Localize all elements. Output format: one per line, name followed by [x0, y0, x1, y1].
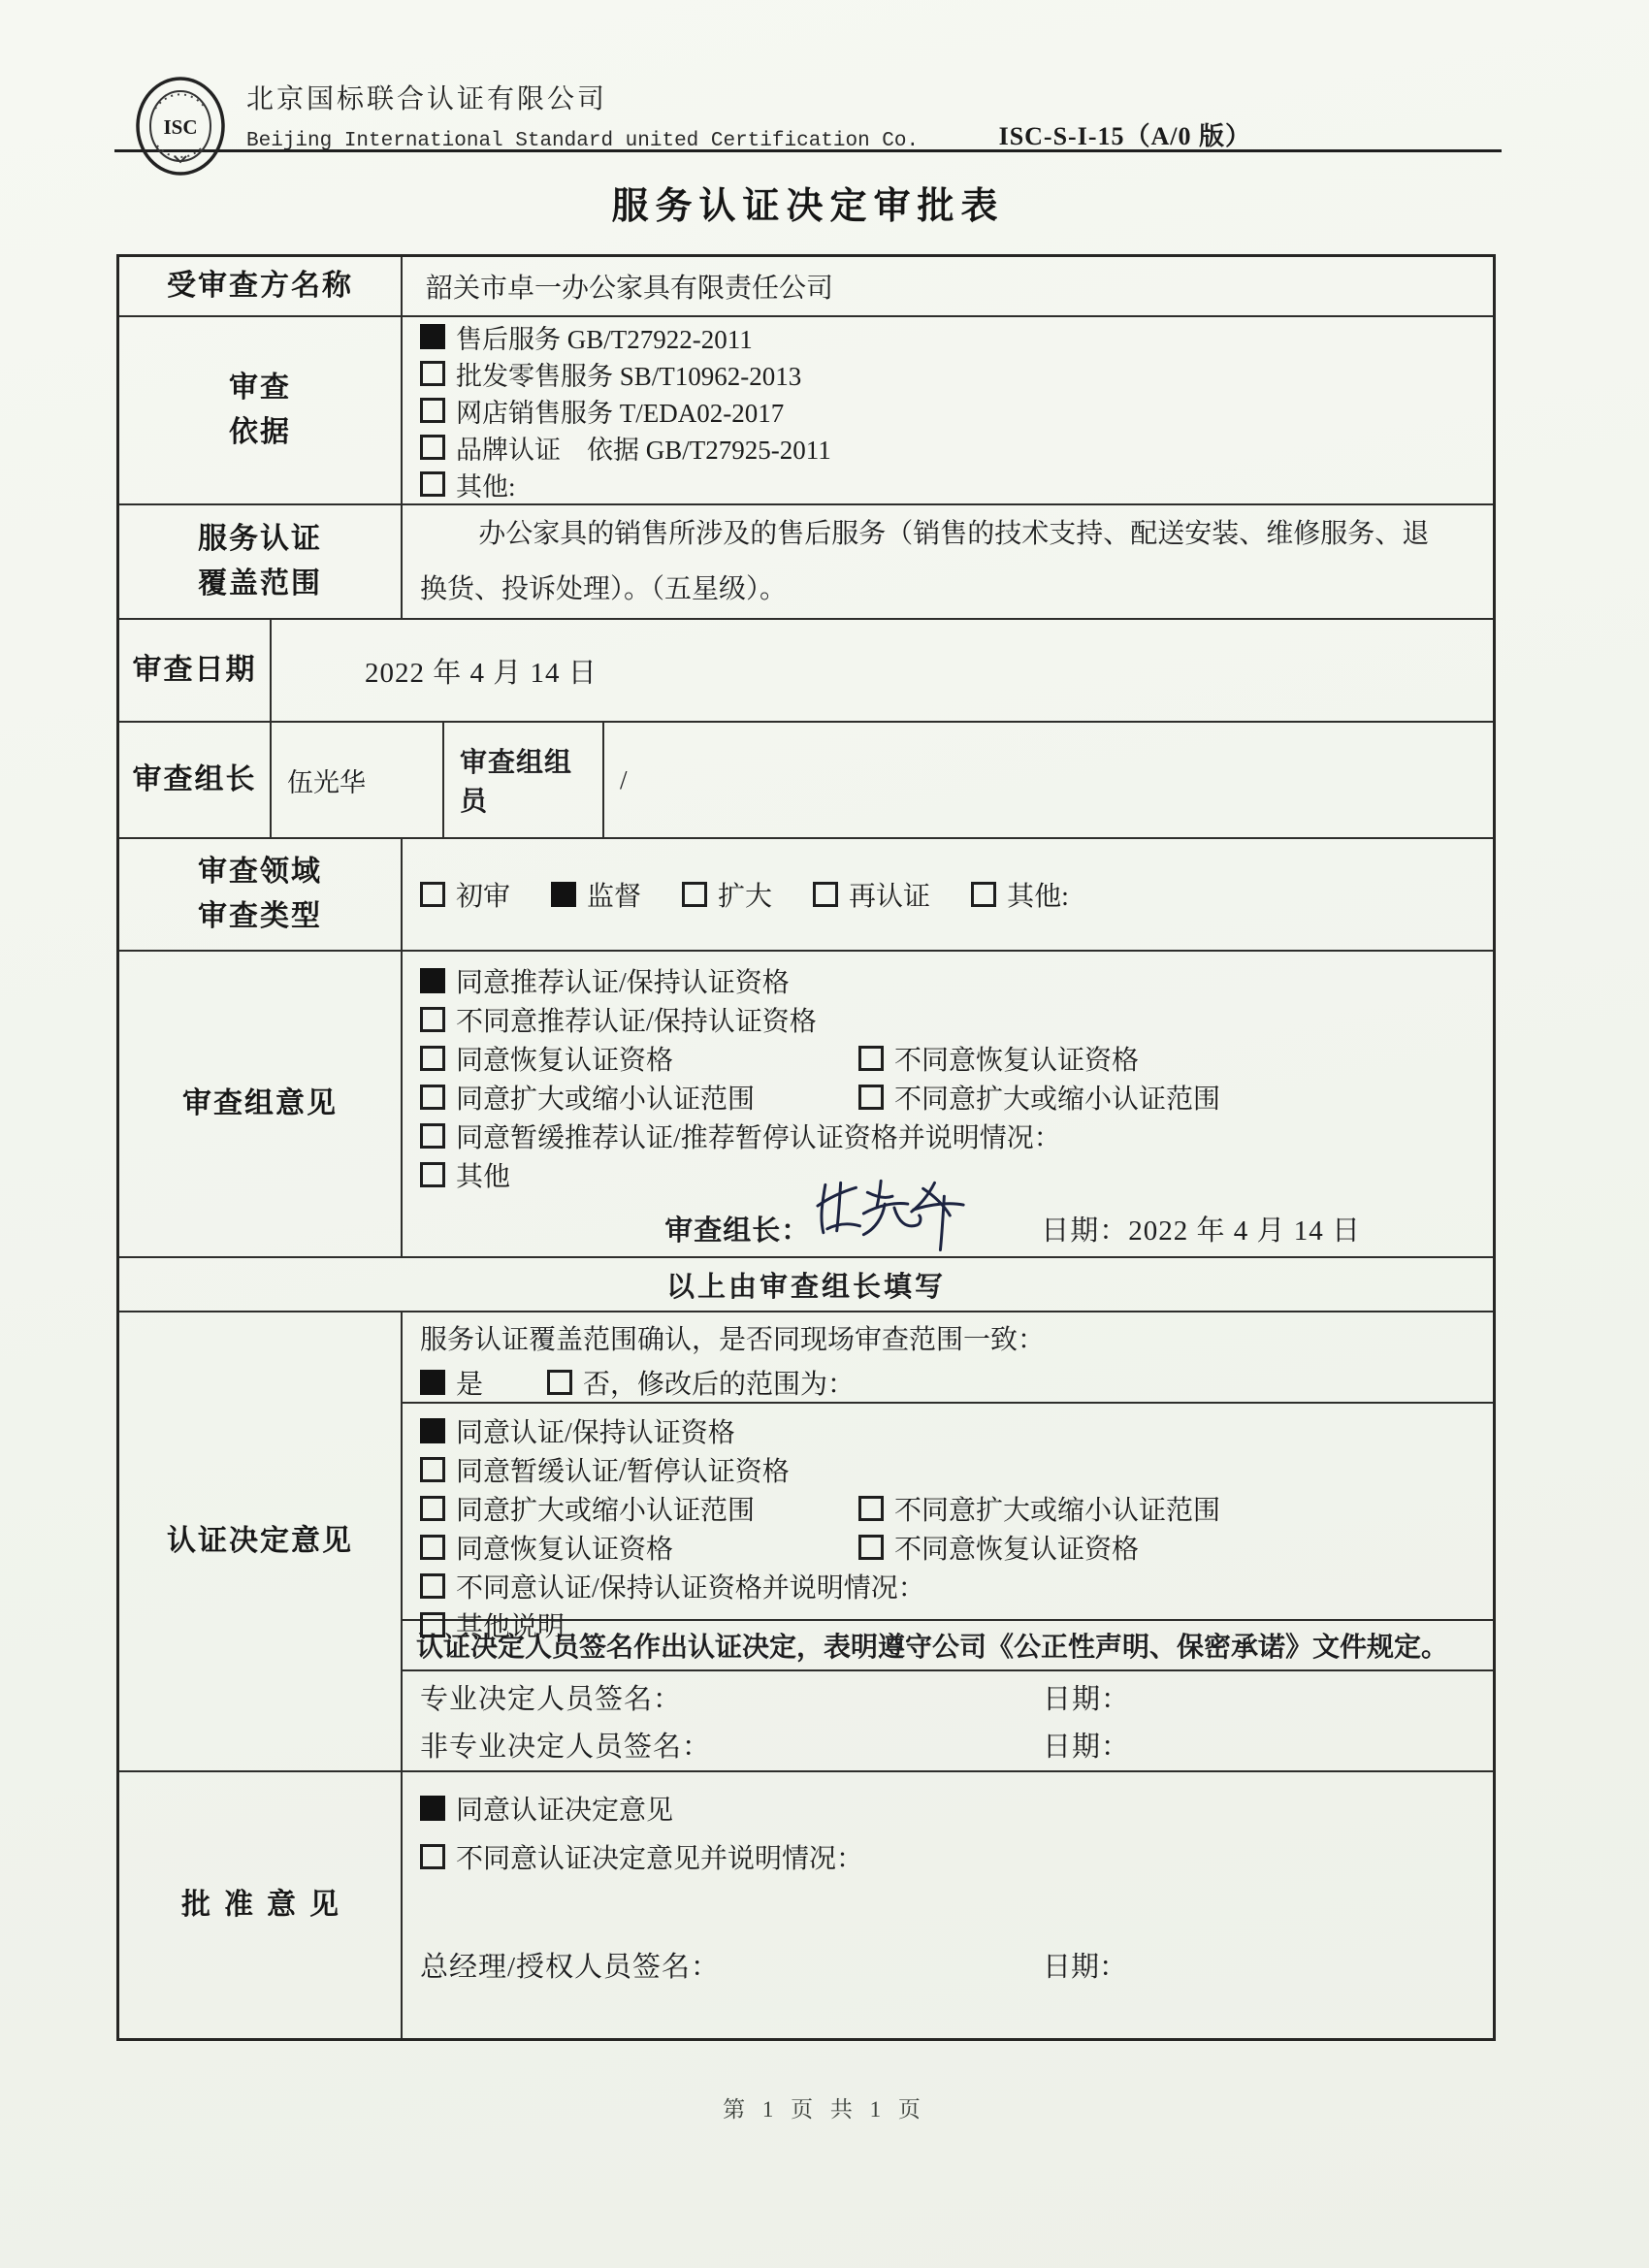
company-name-en: Beijing International Standard united Ce…: [246, 130, 919, 152]
company-name-block: 北京国标联合认证有限公司 Beijing International Stand…: [246, 74, 919, 152]
option-label: 初审: [456, 875, 510, 914]
decision-options: 同意认证/保持认证资格 同意暂缓认证/暂停认证资格 同意扩大或缩小认证范围 不同…: [403, 1404, 1493, 1621]
document-header: ISC 北京国标联合认证有限公司 Beijing International S…: [0, 0, 1649, 147]
nonprofessional-sign-date-label: 日期：: [1043, 1725, 1130, 1765]
option-label: 批发零售服务 SB/T10962-2013: [456, 355, 801, 393]
checkbox-dec-agree-scope-change[interactable]: [420, 1496, 445, 1521]
option-label: 否，修改后的范围为：: [583, 1363, 855, 1402]
option-label: 同意恢复认证资格: [456, 1039, 673, 1078]
team-leader-sign-line: 审查组长：: [420, 1196, 1475, 1260]
row-cert-scope: 服务认证覆盖范围 办公家具的销售所涉及的售后服务（销售的技术支持、配送安装、维修…: [119, 505, 1493, 620]
option-label: 不同意恢复认证资格: [894, 1039, 1139, 1078]
option-label: 扩大: [718, 875, 772, 914]
gm-sign-date-label: 日期：: [1043, 1945, 1127, 1985]
checkbox-agree-restore[interactable]: [420, 1046, 445, 1071]
middle-note-text: 以上由审查组长填写: [119, 1258, 1493, 1311]
checkbox-agree-cert[interactable]: [420, 1418, 445, 1443]
checkbox-type-other[interactable]: [971, 882, 996, 907]
auditee-value: 韶关市卓一办公家具有限责任公司: [420, 267, 1475, 306]
option-label: 监督: [587, 875, 641, 914]
checkbox-dec-agree-restore[interactable]: [420, 1535, 445, 1560]
team-leader-name: 伍光华: [272, 723, 444, 837]
leader-signature: [812, 1171, 975, 1260]
option-label: 同意恢复认证资格: [456, 1528, 673, 1567]
checkbox-online-store[interactable]: [420, 398, 445, 423]
approval-form-table: 受审查方名称 韶关市卓一办公家具有限责任公司 审查依据 售后服务 GB/T279…: [116, 254, 1496, 2041]
checkbox-expansion[interactable]: [682, 882, 707, 907]
option-label: 不同意扩大或缩小认证范围: [894, 1078, 1220, 1117]
option-label: 品牌认证 依据 GB/T27925-2011: [456, 429, 831, 467]
option-label: 同意暂缓推荐认证/推荐暂停认证资格并说明情况：: [456, 1117, 1061, 1155]
row-review-type: 审查领域 审查类型 初审 监督 扩大 再认证 其他:: [119, 839, 1493, 952]
checkbox-suspend-cert[interactable]: [420, 1457, 445, 1482]
sign-date: 日期：2022 年 4 月 14 日: [1041, 1209, 1361, 1248]
option-label: 售后服务 GB/T27922-2011: [456, 318, 753, 356]
checkbox-disagree-restore[interactable]: [858, 1046, 884, 1071]
option-label: 不同意推荐认证/保持认证资格: [456, 1000, 817, 1039]
row-audit-date: 审查日期 2022 年 4 月 14 日: [119, 620, 1493, 723]
decision-label: 认证决定意见: [119, 1312, 403, 1770]
option-label: 同意推荐认证/保持认证资格: [456, 961, 790, 1000]
checkbox-after-sales[interactable]: [420, 324, 445, 349]
checkbox-dec-disagree-cert[interactable]: [420, 1573, 445, 1599]
professional-sign-date-label: 日期：: [1043, 1677, 1130, 1717]
checkbox-agree-scope-change[interactable]: [420, 1085, 445, 1110]
audit-date-label: 审查日期: [119, 620, 272, 721]
scope-label: 服务认证覆盖范围: [119, 505, 403, 618]
review-type-label: 审查领域 审查类型: [119, 839, 403, 950]
scope-value: 办公家具的销售所涉及的售后服务（销售的技术支持、配送安装、维修服务、退换货、投诉…: [420, 506, 1475, 617]
row-decision-opinion: 认证决定意见 服务认证覆盖范围确认，是否同现场审查范围一致： 是 否，修改后的范…: [119, 1312, 1493, 1772]
option-label: 同意扩大或缩小认证范围: [456, 1489, 755, 1528]
option-label: 不同意恢复认证资格: [894, 1528, 1139, 1567]
checkbox-basis-other[interactable]: [420, 471, 445, 497]
row-team-opinion: 审查组意见 同意推荐认证/保持认证资格 不同意推荐认证/保持认证资格 同意恢复认…: [119, 952, 1493, 1258]
checkbox-surveillance[interactable]: [551, 882, 576, 907]
option-label: 同意暂缓认证/暂停认证资格: [456, 1450, 790, 1489]
sign-label: 审查组长：: [664, 1209, 810, 1248]
scanned-form-page: ISC 北京国标联合认证有限公司 Beijing International S…: [0, 0, 1649, 2268]
option-label: 不同意认证决定意见并说明情况：: [456, 1837, 863, 1876]
basis-label: 审查依据: [119, 317, 403, 503]
option-label: 其他:: [1007, 875, 1069, 914]
nonprofessional-sign-label: 非专业决定人员签名：: [420, 1725, 1043, 1765]
checkbox-dec-disagree-restore[interactable]: [858, 1535, 884, 1560]
option-label: 同意认证/保持认证资格: [456, 1411, 735, 1450]
confirm-title: 服务认证覆盖范围确认，是否同现场审查范围一致：: [420, 1318, 1475, 1357]
audit-date-value: 2022 年 4 月 14 日: [289, 651, 1475, 691]
checkbox-disapprove-decision[interactable]: [420, 1844, 445, 1869]
decision-statement: 认证决定人员签名作出认证决定，表明遵守公司《公正性声明、保密承诺》文件规定。: [403, 1621, 1493, 1671]
row-approval-opinion: 批准意见 同意认证决定意见 不同意认证决定意见并说明情况： 总经理/授权人员签名…: [119, 1772, 1493, 2038]
option-label: 不同意认证/保持认证资格并说明情况：: [456, 1567, 925, 1605]
logo-text: ISC: [163, 115, 197, 139]
checkbox-recertification[interactable]: [813, 882, 838, 907]
row-auditee: 受审查方名称 韶关市卓一办公家具有限责任公司: [119, 257, 1493, 317]
checkbox-initial-audit[interactable]: [420, 882, 445, 907]
checkbox-scope-no[interactable]: [547, 1370, 572, 1395]
team-leader-label: 审查组长: [119, 723, 272, 837]
gm-sign-line: 总经理/授权人员签名： 日期：: [420, 1945, 1475, 1985]
page-number: 第 1 页 共 1 页: [0, 2091, 1649, 2123]
team-member-label: 审查组组员: [444, 723, 604, 837]
checkbox-suspend-recommend[interactable]: [420, 1123, 445, 1149]
isc-logo-icon: ISC: [134, 76, 227, 181]
checkbox-disagree-recommend[interactable]: [420, 1007, 445, 1032]
checkbox-dec-disagree-scope-change[interactable]: [858, 1496, 884, 1521]
checkbox-agree-recommend[interactable]: [420, 968, 445, 993]
checkbox-opinion-other[interactable]: [420, 1162, 445, 1187]
team-member-value: /: [604, 723, 1493, 837]
checkbox-disagree-scope-change[interactable]: [858, 1085, 884, 1110]
row-middle-note: 以上由审查组长填写: [119, 1258, 1493, 1312]
company-name-cn: 北京国标联合认证有限公司: [246, 78, 919, 116]
checkbox-approve-decision[interactable]: [420, 1796, 445, 1821]
option-label: 同意扩大或缩小认证范围: [456, 1078, 755, 1117]
checkbox-wholesale-retail[interactable]: [420, 361, 445, 386]
form-title: 服务认证决定审批表: [114, 176, 1502, 229]
row-audit-basis: 审查依据 售后服务 GB/T27922-2011 批发零售服务 SB/T1096…: [119, 317, 1493, 505]
checkbox-scope-yes[interactable]: [420, 1370, 445, 1395]
professional-sign-label: 专业决定人员签名：: [420, 1677, 1043, 1717]
gm-sign-label: 总经理/授权人员签名：: [420, 1945, 1043, 1985]
team-opinion-label: 审查组意见: [119, 952, 403, 1256]
option-label: 再认证: [849, 875, 930, 914]
checkbox-brand-cert[interactable]: [420, 435, 445, 460]
option-label: 是: [456, 1363, 483, 1402]
row-audit-team: 审查组长 伍光华 审查组组员 /: [119, 723, 1493, 839]
option-label: 其他:: [456, 466, 516, 503]
option-label: 同意认证决定意见: [456, 1789, 673, 1828]
form-code: ISC-S-I-15（A/0 版）: [999, 116, 1251, 152]
auditee-label: 受审查方名称: [119, 257, 403, 315]
decision-scope-confirm: 服务认证覆盖范围确认，是否同现场审查范围一致： 是 否，修改后的范围为：: [403, 1312, 1493, 1404]
option-label: 网店销售服务 T/EDA02-2017: [456, 392, 784, 430]
approval-label: 批准意见: [119, 1772, 403, 2038]
decision-signatures: 专业决定人员签名： 日期： 非专业决定人员签名： 日期：: [403, 1671, 1493, 1770]
option-label: 其他: [456, 1155, 510, 1194]
option-label: 不同意扩大或缩小认证范围: [894, 1489, 1220, 1528]
